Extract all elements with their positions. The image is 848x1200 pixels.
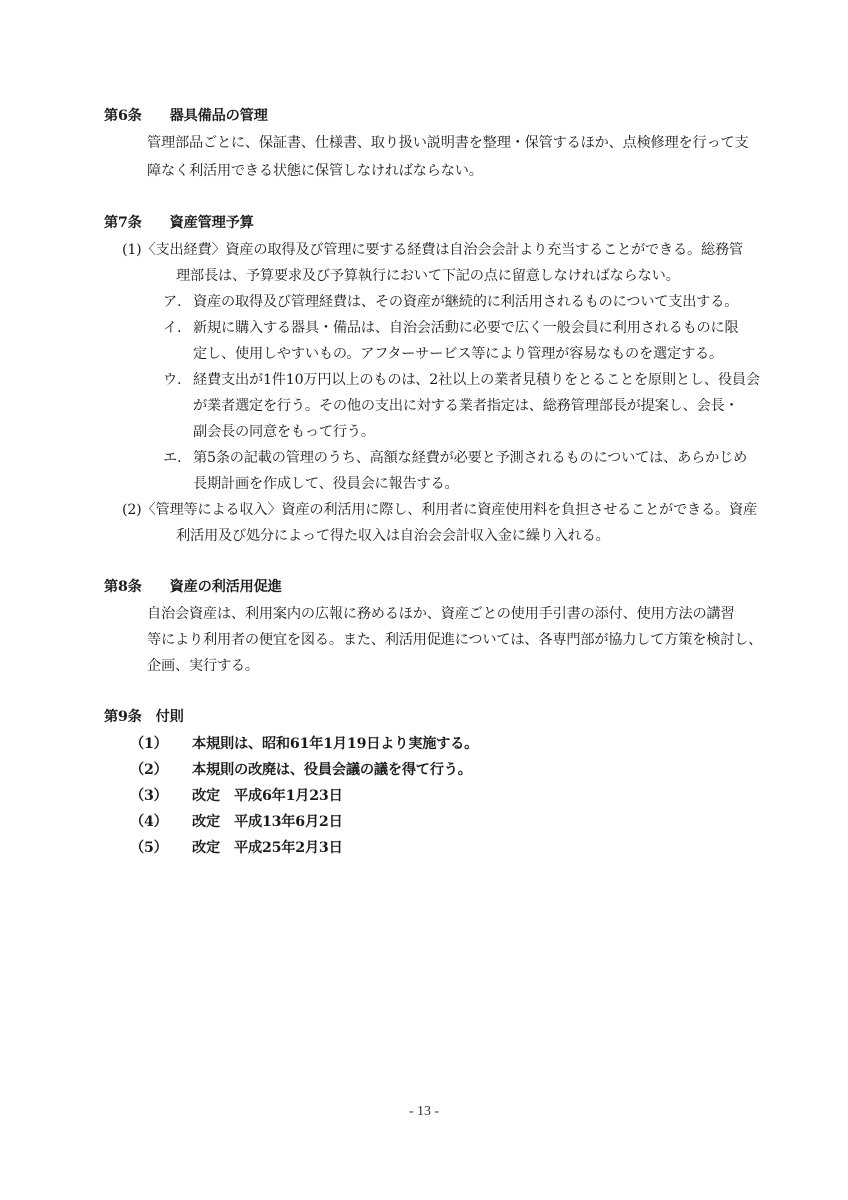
article-7-heading: 第7条資産管理予算 bbox=[104, 213, 254, 233]
article-6-heading: 第6条器具備品の管理 bbox=[104, 106, 268, 126]
article-8-body-line: 企画、実行する。 bbox=[147, 656, 259, 676]
article-number: 第8条 bbox=[104, 579, 142, 595]
article-9-heading: 第9条付則 bbox=[104, 707, 184, 727]
article-title: 付則 bbox=[156, 709, 184, 725]
subitem-u-line: が業者選定を行う。その他の支出に対する業者指定は、総務管理部長が提案し、会長・ bbox=[193, 396, 739, 416]
subitem-label: イ. bbox=[163, 318, 193, 338]
clause-1-line: 理部長は、予算要求及び予算執行において下記の点に留意しなければならない。 bbox=[176, 266, 680, 286]
item-label: （1） bbox=[130, 734, 192, 754]
subitem-e-line: 長期計画を作成して、役員会に報告する。 bbox=[193, 474, 458, 494]
item-label: （2） bbox=[130, 760, 192, 780]
clause-2-line: 利活用及び処分によって得た収入は自治会会計収入金に繰り入れる。 bbox=[176, 526, 610, 546]
subitem-e: エ.第5条の記載の管理のうち、高額な経費が必要と予測されるものについては、あらか… bbox=[163, 448, 747, 468]
article-title: 資産の利活用促進 bbox=[170, 579, 282, 595]
article-number: 第6条 bbox=[104, 108, 142, 124]
article-8-heading: 第8条資産の利活用促進 bbox=[104, 577, 282, 597]
article-6-body-line: 管理部品ごとに、保証書、仕様書、取り扱い説明書を整理・保管するほか、点検修理を行… bbox=[147, 133, 748, 153]
subitem-i: イ.新規に購入する器具・備品は、自治会活動に必要で広く一般会員に利用されるものに… bbox=[163, 318, 739, 338]
clause-1-line: (1)〈支出経費〉資産の取得及び管理に要する経費は自治会会計より充当することがで… bbox=[122, 240, 743, 260]
article-title: 器具備品の管理 bbox=[170, 108, 268, 124]
supplementary-item: （1）本規則は、昭和61年1月19日より実施する。 bbox=[130, 734, 478, 754]
article-number: 第7条 bbox=[104, 215, 142, 231]
page-number: - 13 - bbox=[0, 1104, 848, 1120]
supplementary-item: （3）改定 平成6年1月23日 bbox=[130, 786, 343, 806]
subitem-u-line: 副会長の同意をもって行う。 bbox=[193, 422, 375, 442]
article-6-body-line: 障なく利活用できる状態に保管しなければならない。 bbox=[147, 161, 483, 181]
subitem-i-line: 定し、使用しやすいもの。アフターサービス等により管理が容易なものを選定する。 bbox=[193, 344, 723, 364]
article-8-body-line: 等により利用者の便宜を図る。また、利活用促進については、各専門部が協力して方策を… bbox=[147, 630, 762, 650]
article-title: 資産管理予算 bbox=[170, 215, 254, 231]
item-label: （4） bbox=[130, 812, 192, 832]
clause-label: (1) bbox=[122, 242, 142, 258]
subitem-label: ウ. bbox=[163, 370, 193, 390]
article-number: 第9条 bbox=[104, 709, 142, 725]
clause-label: (2) bbox=[122, 502, 142, 518]
article-8-body-line: 自治会資産は、利用案内の広報に務めるほか、資産ごとの使用手引書の添付、使用方法の… bbox=[147, 604, 734, 624]
document-page: 第6条器具備品の管理 管理部品ごとに、保証書、仕様書、取り扱い説明書を整理・保管… bbox=[0, 0, 848, 1200]
clause-2-line: (2)〈管理等による収入〉資産の利活用に際し、利用者に資産使用料を負担させること… bbox=[122, 500, 757, 520]
item-label: （5） bbox=[130, 838, 192, 858]
supplementary-item: （2）本規則の改廃は、役員会議の議を得て行う。 bbox=[130, 760, 472, 780]
supplementary-item: （4）改定 平成13年6月2日 bbox=[130, 812, 343, 832]
subitem-u: ウ.経費支出が1件10万円以上のものは、2社以上の業者見積りをとることを原則とし… bbox=[163, 370, 760, 390]
item-label: （3） bbox=[130, 786, 192, 806]
subitem-a: ア.資産の取得及び管理経費は、その資産が継続的に利活用されるものについて支出する… bbox=[163, 292, 738, 312]
supplementary-item: （5）改定 平成25年2月3日 bbox=[130, 838, 343, 858]
subitem-label: ア. bbox=[163, 292, 193, 312]
subitem-label: エ. bbox=[163, 448, 193, 468]
